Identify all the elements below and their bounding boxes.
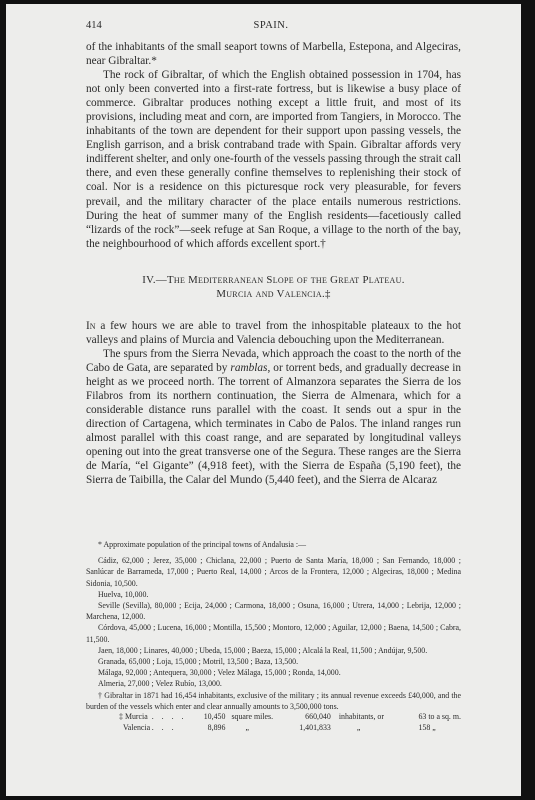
table-row: ‡ Murcia . . . . 10,450 square miles. 66…	[119, 712, 461, 723]
leader-dots: . . .	[152, 723, 189, 734]
book-page: 414 SPAIN. of the inhabitants of the sma…	[6, 4, 521, 796]
footnote-population-table: ‡ Murcia . . . . 10,450 square miles. 66…	[119, 712, 461, 733]
population-unit: „	[339, 723, 419, 734]
footnote-line: Granada, 65,000 ; Loja, 15,000 ; Motril,…	[86, 656, 461, 667]
density-value: 158 „	[418, 723, 461, 734]
region-name: Valencia	[123, 723, 150, 732]
footnote-asterisk-intro: * Approximate population of the principa…	[86, 539, 461, 550]
area-value: 8,896	[188, 723, 231, 734]
population-value: 660,040	[286, 712, 338, 723]
paragraph-spurs: The spurs from the Sierra Nevada, which …	[86, 347, 461, 487]
population-value: 1,401,833	[286, 723, 338, 734]
area-unit: square miles.	[231, 712, 286, 723]
row-name: ‡ Murcia	[119, 712, 152, 723]
first-word: In	[86, 320, 96, 332]
footnote-line: Almeria, 27,000 ; Velez Rubío, 13,000.	[86, 678, 461, 689]
paragraph-continuation: of the inhabitants of the small seaport …	[86, 40, 461, 68]
running-title: SPAIN.	[86, 20, 456, 31]
footnote-line: Córdova, 45,000 ; Lucena, 16,000 ; Monti…	[86, 622, 461, 644]
paragraph-intro: In a few hours we are able to travel fro…	[86, 319, 461, 347]
double-dagger-mark: ‡	[119, 712, 123, 721]
population-unit: inhabitants, or	[339, 712, 419, 723]
section-heading-line1: IV.—The Mediterranean Slope of the Great…	[86, 273, 461, 287]
footnotes: * Approximate population of the principa…	[86, 539, 461, 733]
footnote-line: Huelva, 10,000.	[86, 589, 461, 600]
section-heading: IV.—The Mediterranean Slope of the Great…	[86, 273, 461, 301]
footnote-dagger: † Gibraltar in 1871 had 16,454 inhabitan…	[86, 690, 461, 712]
paragraph-gibraltar: The rock of Gibraltar, of which the Engl…	[86, 68, 461, 251]
area-unit: „	[231, 723, 286, 734]
running-head: 414 SPAIN.	[86, 20, 456, 34]
paragraph-intro-text: a few hours we are able to travel from t…	[86, 320, 461, 346]
density-value: 63 to a sq. m.	[418, 712, 461, 723]
table-row: Valencia . . . 8,896 „ 1,401,833 „ 158 „	[119, 723, 461, 734]
section-heading-line2: Murcia and Valencia.‡	[86, 287, 461, 301]
footnote-line: Málaga, 92,000 ; Antequera, 30,000 ; Vel…	[86, 667, 461, 678]
footnote-line: Seville (Sevilla), 80,000 ; Ecija, 24,00…	[86, 600, 461, 622]
main-text: of the inhabitants of the small seaport …	[86, 40, 461, 487]
paragraph-spurs-part2: , or torrent beds, and gradually decreas…	[86, 362, 461, 486]
footnote-line: Cádiz, 62,000 ; Jerez, 35,000 ; Chiclana…	[86, 555, 461, 589]
row-name: Valencia	[119, 723, 152, 734]
footnote-line: Jaen, 18,000 ; Linares, 40,000 ; Ubeda, …	[86, 645, 461, 656]
area-value: 10,450	[188, 712, 231, 723]
leader-dots: . . . .	[152, 712, 189, 723]
ramblas-italic: ramblas	[230, 362, 267, 374]
region-name: Murcia	[125, 712, 148, 721]
